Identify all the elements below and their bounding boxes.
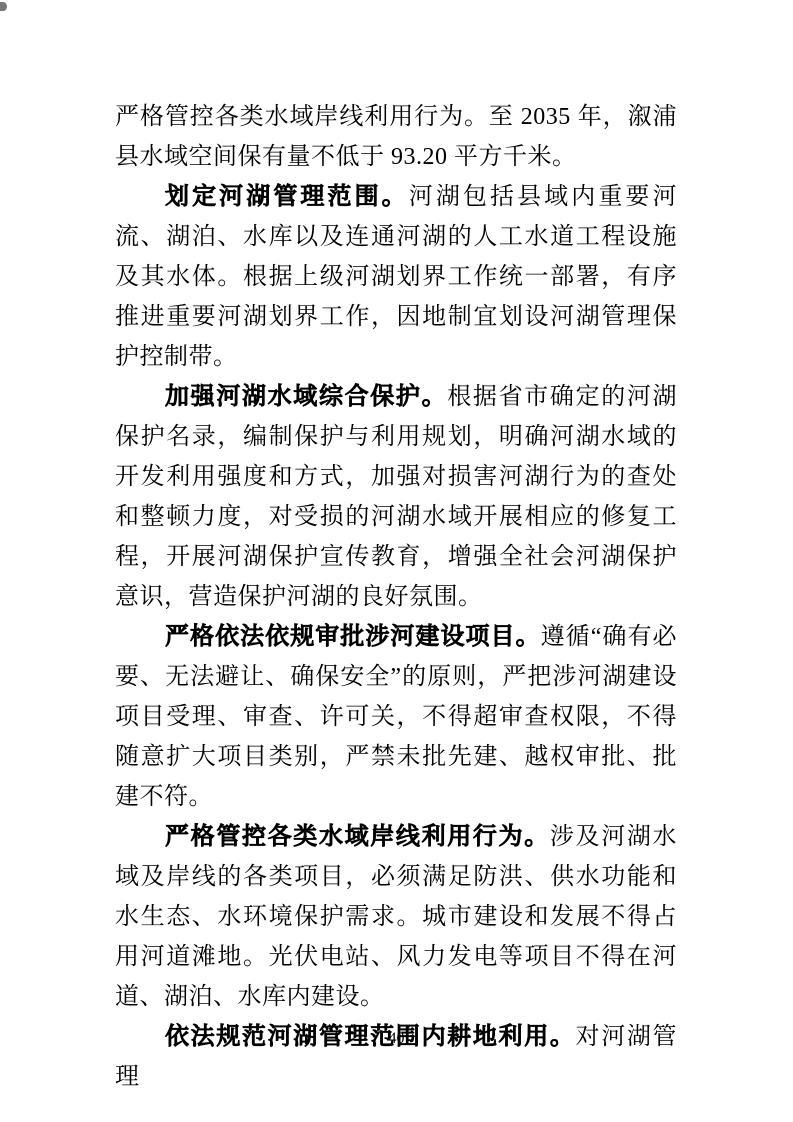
paragraph-shoreline-control: 严格管控各类水域岸线利用行为。涉及河湖水域及岸线的各类项目，必须满足防洪、供水功… [115,817,677,1017]
document-page: 严格管控各类水域岸线利用行为。至 2035 年，溆浦县水域空间保有量不低于 93… [0,0,793,1122]
page-number: 40 [0,1028,793,1050]
paragraph-text: 遵循“确有必要、无法避让、确保安全”的原则，严把涉河湖建设项目受理、审查、许可关… [115,624,677,810]
paragraph-define-scope: 划定河湖管理范围。河湖包括县域内重要河流、湖泊、水库以及连通河湖的人工水道工程设… [115,177,677,377]
paragraph-continuation: 严格管控各类水域岸线利用行为。至 2035 年，溆浦县水域空间保有量不低于 93… [115,97,677,177]
paragraph-text: 严格管控各类水域岸线利用行为。至 2035 年，溆浦县水域空间保有量不低于 93… [115,104,677,170]
paragraph-approval-projects: 严格依法依规审批涉河建设项目。遵循“确有必要、无法避让、确保安全”的原则，严把涉… [115,617,677,817]
paragraph-lead: 严格依法依规审批涉河建设项目。 [165,624,541,650]
paragraph-text: 河湖包括县域内重要河流、湖泊、水库以及连通河湖的人工水道工程设施及其水体。根据上… [115,184,677,370]
document-body: 严格管控各类水域岸线利用行为。至 2035 年，溆浦县水域空间保有量不低于 93… [115,97,677,1097]
paragraph-text: 涉及河湖水域及岸线的各类项目，必须满足防洪、供水功能和水生态、水环境保护需求。城… [115,824,677,1010]
scan-artifact [0,2,7,11]
paragraph-strengthen-protection: 加强河湖水域综合保护。根据省市确定的河湖保护名录，编制保护与利用规划，明确河湖水… [115,377,677,617]
paragraph-lead: 划定河湖管理范围。 [165,184,409,210]
paragraph-lead: 加强河湖水域综合保护。 [165,384,447,410]
paragraph-text: 根据省市确定的河湖保护名录，编制保护与利用规划，明确河湖水域的开发利用强度和方式… [115,384,677,610]
paragraph-lead: 严格管控各类水域岸线利用行为。 [165,824,550,850]
